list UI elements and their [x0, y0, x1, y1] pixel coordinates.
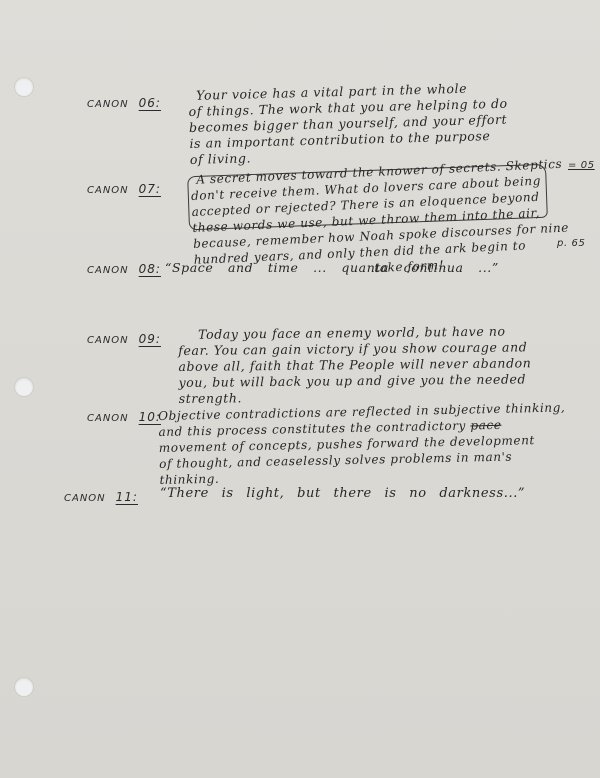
canon-number: 06:	[139, 96, 161, 110]
margin-ref-text: = 05	[568, 160, 595, 171]
canon-label-text: CANON	[87, 99, 129, 110]
canon-number: 08:	[139, 262, 161, 276]
text-line: “There is light, but there is no darknes…	[160, 486, 525, 502]
canon-11-label: CANON11:	[64, 490, 138, 504]
canon-09-label: CANON09:	[87, 332, 161, 346]
canon-label-text: CANON	[87, 265, 129, 276]
canon-label-text: CANON	[87, 185, 129, 196]
page-ref-65: p. 65	[557, 238, 585, 249]
canon-08-label: CANON08:	[87, 262, 161, 276]
text-line: “Space and time ... quanta continua ...”	[165, 260, 499, 276]
canon-number: 09:	[139, 332, 161, 346]
canon-06-label: CANON06:	[87, 96, 161, 110]
canon-number: 11:	[116, 490, 138, 504]
canon-07-label: CANON07:	[87, 182, 161, 196]
canon-label-text: CANON	[87, 335, 129, 346]
canon-08-text: “Space and time ... quanta continua ...”	[165, 260, 499, 276]
punch-hole-bottom	[15, 678, 33, 696]
margin-ref-05: = 05	[568, 160, 595, 171]
canon-number: 07:	[139, 182, 161, 196]
notebook-page: CANON06: Your voice has a vital part in …	[0, 0, 600, 778]
canon-11-text: “There is light, but there is no darknes…	[160, 486, 525, 502]
canon-06-text: Your voice has a vital part in the whole…	[188, 80, 509, 168]
canon-label-text: CANON	[64, 493, 106, 504]
struck-word: pace	[470, 418, 501, 433]
canon-10-label: CANON10:	[87, 410, 161, 424]
canon-label-text: CANON	[87, 413, 129, 424]
punch-hole-top	[15, 78, 33, 96]
canon-10-text: Objective contradictions are reflected i…	[158, 399, 567, 488]
punch-hole-middle	[15, 378, 33, 396]
canon-09-text: Today you face an enemy world, but have …	[178, 323, 532, 407]
page-ref-text: p. 65	[557, 238, 585, 249]
